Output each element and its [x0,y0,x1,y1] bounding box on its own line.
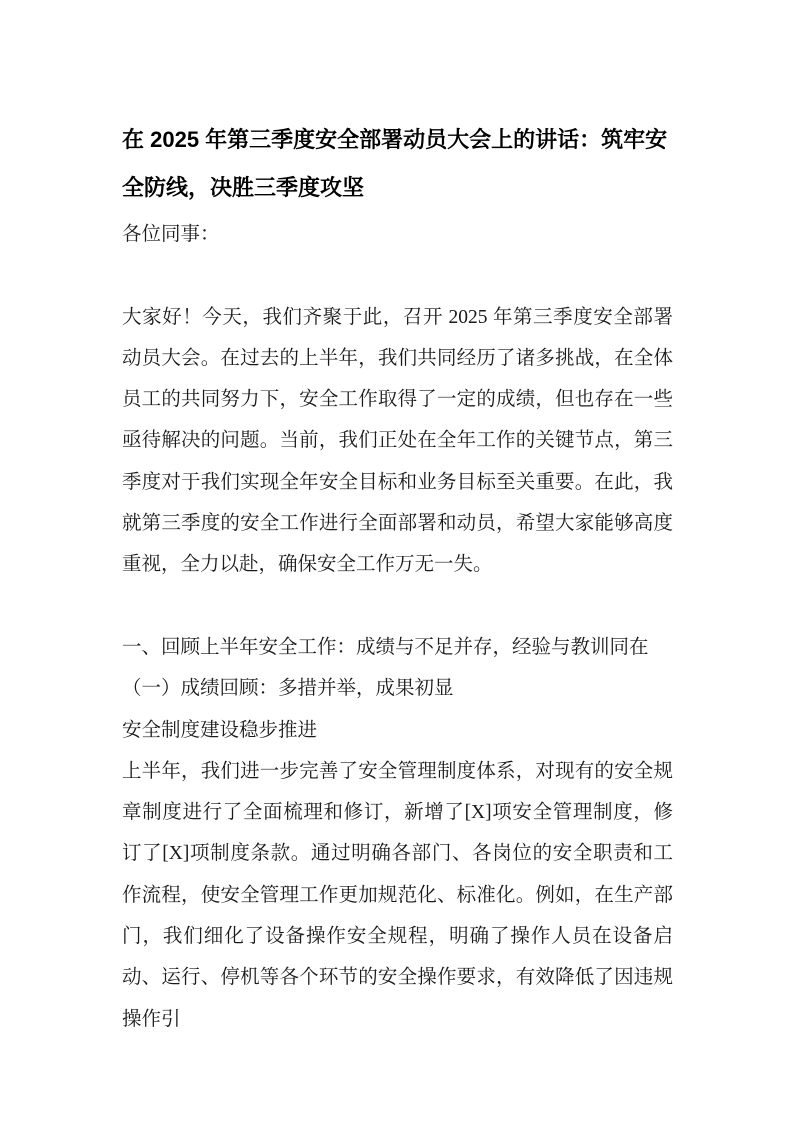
section-1-sub-heading: （一）成绩回顾：多措并举，成果初显 [122,668,673,709]
intro-paragraph: 大家好！今天，我们齐聚于此，召开 2025 年第三季度安全部署动员大会。在过去的… [122,297,673,586]
document-title: 在 2025 年第三季度安全部署动员大会上的讲话：筑牢安全防线，决胜三季度攻坚 [122,116,673,212]
salutation: 各位同事： [122,214,673,255]
blank-line [122,255,673,296]
topic-heading: 安全制度建设稳步推进 [122,710,673,751]
blank-line [122,586,673,627]
body-paragraph: 上半年，我们进一步完善了安全管理制度体系，对现有的安全规章制度进行了全面梳理和修… [122,751,673,1040]
document-page: 在 2025 年第三季度安全部署动员大会上的讲话：筑牢安全防线，决胜三季度攻坚 … [0,0,793,1122]
section-1-heading: 一、回顾上半年安全工作：成绩与不足并存，经验与教训同在 [122,627,673,668]
